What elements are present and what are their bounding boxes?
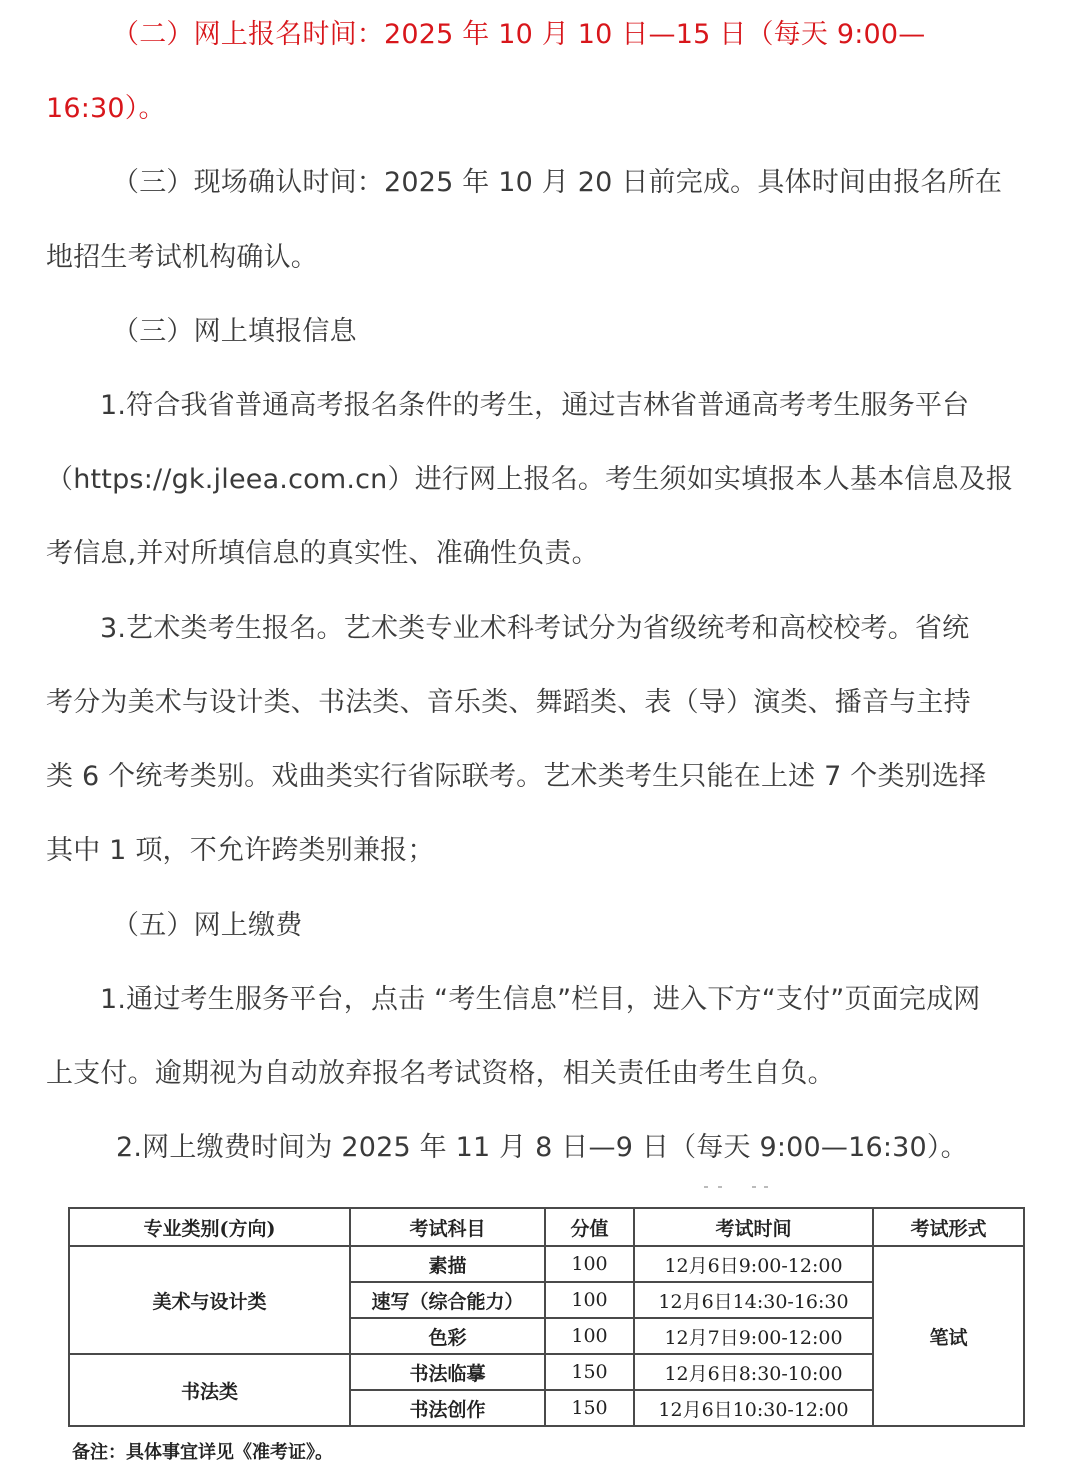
exam-time-cell: 12月6日8:30-10:00 [634, 1354, 873, 1390]
payment-item-1-line-1: 1.通过考生服务平台，点击 “考生信息”栏目，进入下方“支付”页面完成网 [100, 980, 981, 1020]
table-row: 美术与设计类 素描 100 12月6日9:00-12:00 笔试 [69, 1246, 1024, 1282]
exam-format-cell: 笔试 [873, 1246, 1024, 1426]
subject-cell: 书法创作 [350, 1390, 545, 1426]
art-registration-line-3: 类 6 个统考类别。戏曲类实行省际联考。艺术类考生只能在上述 7 个类别选择 [46, 757, 986, 797]
registration-time-line-1: （二）网上报名时间：2025 年 10 月 10 日—15 日（每天 9:00— [112, 15, 926, 55]
art-registration-line-2: 考分为美术与设计类、书法类、音乐类、舞蹈类、表（导）演类、播音与主持 [46, 683, 971, 723]
category-cell: 书法类 [69, 1354, 350, 1426]
payment-heading: （五）网上缴费 [112, 906, 302, 946]
header-subject: 考试科目 [350, 1208, 545, 1246]
exam-time-cell: 12月6日9:00-12:00 [634, 1246, 873, 1282]
fill-info-item-1-line-1: 1.符合我省普通高考报名条件的考生，通过吉林省普通高考考生服务平台 [100, 386, 969, 426]
score-cell: 150 [545, 1390, 634, 1426]
scan-artifact [700, 1186, 780, 1192]
art-registration-line-1: 3.艺术类考生报名。艺术类专业术科考试分为省级统考和高校校考。省统 [100, 609, 969, 649]
fill-info-item-1-line-2: （https://gk.jleea.com.cn）进行网上报名。考生须如实填报本… [46, 460, 1013, 500]
score-cell: 150 [545, 1354, 634, 1390]
exam-time-cell: 12月7日9:00-12:00 [634, 1318, 873, 1354]
fill-info-item-1-line-3: 考信息,并对所填信息的真实性、准确性负责。 [46, 534, 599, 574]
exam-time-cell: 12月6日10:30-12:00 [634, 1390, 873, 1426]
fill-info-heading: （三）网上填报信息 [112, 312, 357, 352]
exam-schedule-table: 专业类别(方向) 考试科目 分值 考试时间 考试形式 美术与设计类 素描 100… [68, 1207, 1025, 1427]
exam-time-cell: 12月6日14:30-16:30 [634, 1282, 873, 1318]
subject-cell: 色彩 [350, 1318, 545, 1354]
header-category: 专业类别(方向) [69, 1208, 350, 1246]
subject-cell: 书法临摹 [350, 1354, 545, 1390]
score-cell: 100 [545, 1282, 634, 1318]
score-cell: 100 [545, 1318, 634, 1354]
table-footnote: 备注：具体事宜详见《准考证》。 [72, 1438, 333, 1464]
table-header-row: 专业类别(方向) 考试科目 分值 考试时间 考试形式 [69, 1208, 1024, 1246]
subject-cell: 速写（综合能力） [350, 1282, 545, 1318]
header-exam-format: 考试形式 [873, 1208, 1024, 1246]
registration-time-line-2: 16:30）。 [46, 89, 166, 129]
header-exam-time: 考试时间 [634, 1208, 873, 1246]
art-registration-line-4: 其中 1 项，不允许跨类别兼报； [46, 831, 435, 871]
payment-item-2: 2.网上缴费时间为 2025 年 11 月 8 日—9 日（每天 9:00—16… [116, 1128, 968, 1168]
confirm-time-line-2: 地招生考试机构确认。 [46, 238, 318, 278]
confirm-time-line-1: （三）现场确认时间：2025 年 10 月 20 日前完成。具体时间由报名所在 [112, 163, 1002, 203]
subject-cell: 素描 [350, 1246, 545, 1282]
header-score: 分值 [545, 1208, 634, 1246]
payment-item-1-line-2: 上支付。逾期视为自动放弃报名考试资格，相关责任由考生自负。 [46, 1054, 835, 1094]
category-cell: 美术与设计类 [69, 1246, 350, 1354]
exam-schedule-table-container: 专业类别(方向) 考试科目 分值 考试时间 考试形式 美术与设计类 素描 100… [68, 1207, 1023, 1427]
score-cell: 100 [545, 1246, 634, 1282]
